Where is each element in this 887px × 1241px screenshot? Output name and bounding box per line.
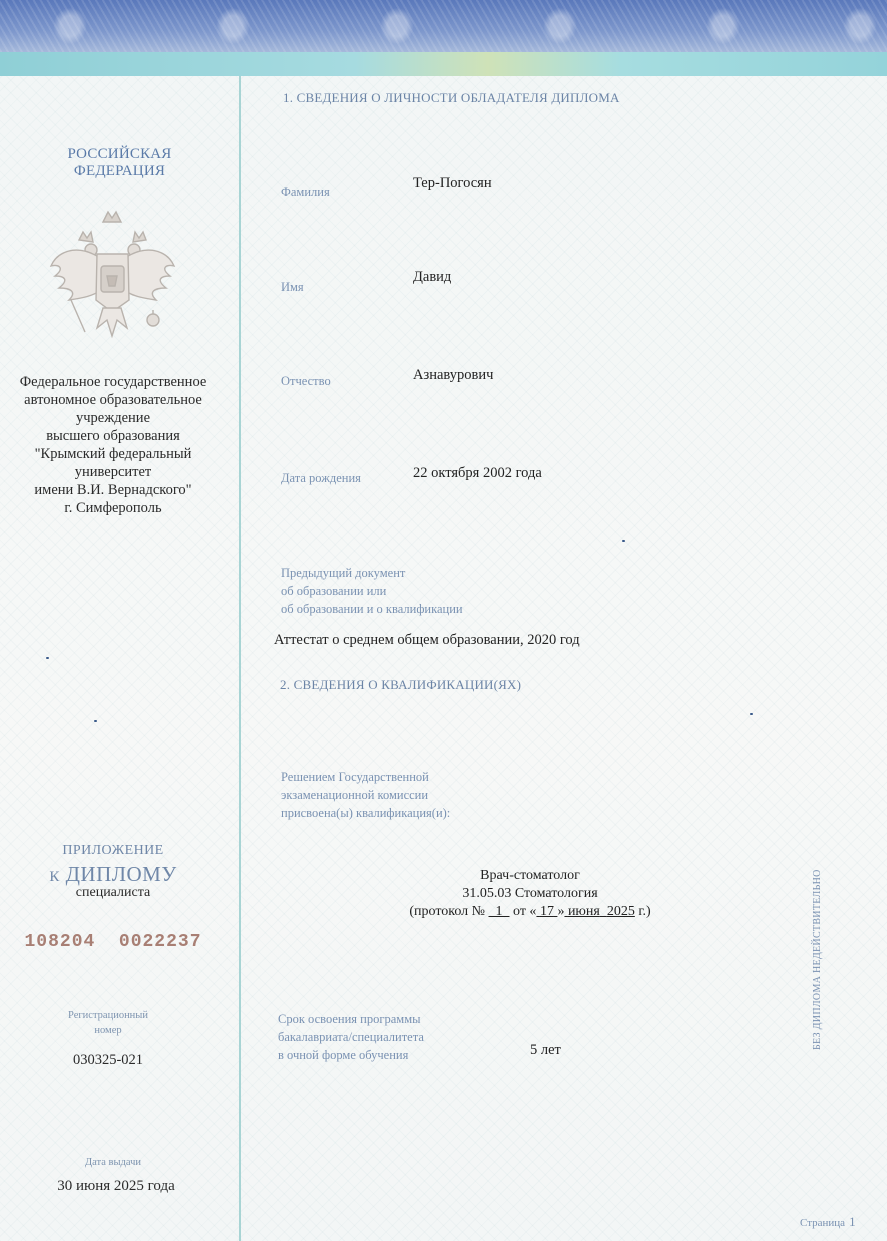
birth-date-value: 22 октября 2002 года — [413, 465, 542, 482]
protocol-month-year: июня 2025 — [564, 904, 634, 919]
serial-number: 108204 0022237 — [0, 932, 226, 952]
organization-name: Федеральное государственное автономное о… — [0, 373, 226, 517]
invalid-without-diploma-note: БЕЗ ДИПЛОМА НЕДЕЙСТВИТЕЛЬНО — [812, 840, 826, 1050]
page-number: Страница1 — [800, 1214, 856, 1230]
page-label: Страница — [800, 1217, 845, 1229]
protocol-line: (протокол № 1 от « 17 » июня 2025 г.) — [350, 903, 710, 921]
previous-doc-value: Аттестат о среднем общем образовании, 20… — [274, 632, 580, 649]
protocol-day: 17 — [536, 904, 557, 919]
section-1-title: 1. СВЕДЕНИЯ О ЛИЧНОСТИ ОБЛАДАТЕЛЯ ДИПЛОМ… — [283, 90, 620, 106]
coat-of-arms-icon — [45, 204, 180, 344]
section-2-title: 2. СВЕДЕНИЯ О КВАЛИФИКАЦИИ(ЯХ) — [280, 677, 521, 693]
document-page: РОССИЙСКАЯ ФЕДЕРАЦИЯ — [0, 0, 887, 1241]
surname-value: Тер-Погосян — [413, 175, 492, 192]
scan-speck — [622, 540, 625, 542]
patronymic-label: Отчество — [281, 373, 331, 389]
duration-label: Срок освоения программы бакалавриата/спе… — [278, 1010, 424, 1064]
iridescent-band — [0, 52, 887, 76]
specialty-value: 31.05.03 Стоматология — [350, 885, 710, 903]
diploma-kind: специалиста — [0, 885, 226, 901]
surname-label: Фамилия — [281, 184, 330, 200]
country-line-2: ФЕДЕРАЦИЯ — [0, 163, 239, 180]
to-prefix: К — [49, 869, 60, 885]
qualification-value: Врач-стоматолог — [350, 867, 710, 885]
left-panel: РОССИЙСКАЯ ФЕДЕРАЦИЯ — [0, 76, 239, 1241]
page-number-value: 1 — [849, 1214, 856, 1229]
country-name: РОССИЙСКАЯ ФЕДЕРАЦИЯ — [0, 146, 239, 180]
security-pattern-band — [0, 0, 887, 52]
issue-date: 30 июня 2025 года — [0, 1178, 232, 1195]
qualification-block: Врач-стоматолог 31.05.03 Стоматология (п… — [350, 867, 710, 921]
diploma-word: ДИПЛОМУ — [66, 862, 177, 886]
previous-doc-label: Предыдущий документ об образовании или о… — [281, 564, 463, 618]
name-value: Давид — [413, 269, 451, 286]
appendix-title: ПРИЛОЖЕНИЕ — [0, 843, 226, 859]
name-label: Имя — [281, 279, 304, 295]
scan-speck — [46, 657, 49, 659]
decision-label: Решением Государственной экзаменационной… — [281, 768, 450, 822]
duration-value: 5 лет — [530, 1042, 561, 1059]
scan-speck — [750, 713, 753, 715]
birth-date-label: Дата рождения — [281, 470, 361, 486]
to-diploma-heading: К ДИПЛОМУ — [0, 862, 226, 887]
registration-number-label: Регистрационный номер — [0, 1008, 216, 1038]
registration-number: 030325-021 — [0, 1052, 216, 1069]
protocol-number: 1 — [489, 904, 510, 919]
country-line-1: РОССИЙСКАЯ — [0, 146, 239, 163]
column-divider — [239, 76, 241, 1241]
scan-speck — [94, 720, 97, 722]
issue-date-label: Дата выдачи — [0, 1157, 226, 1168]
patronymic-value: Азнавурович — [413, 367, 493, 384]
